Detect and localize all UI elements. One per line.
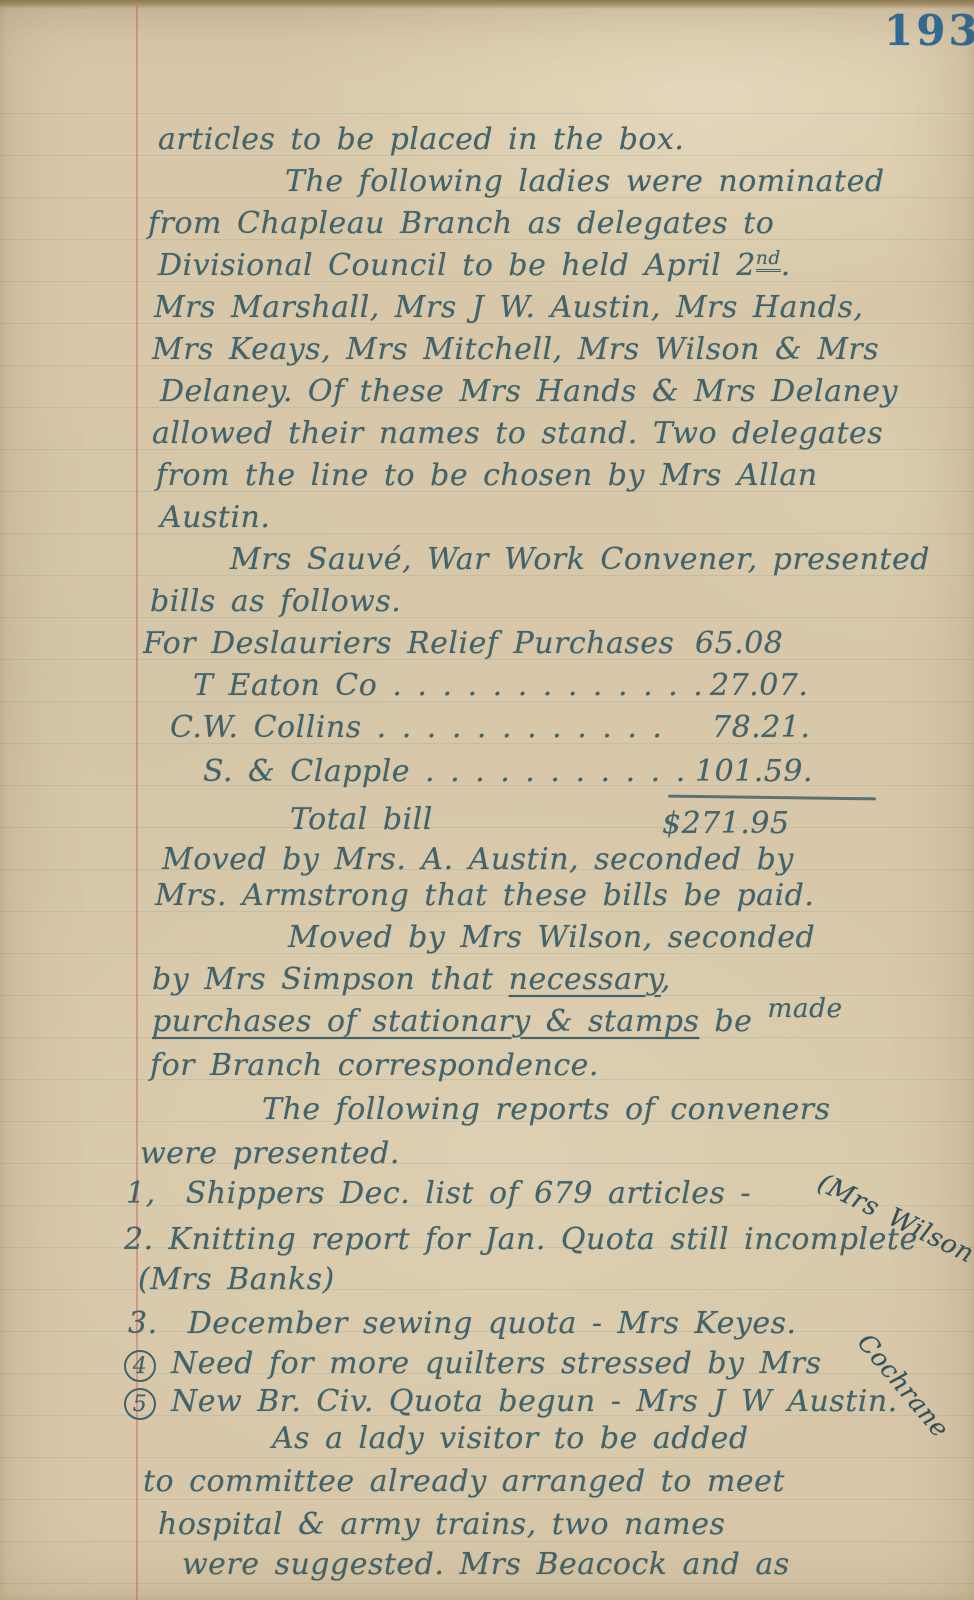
text-segment: . [781,248,791,283]
line-committee: to committee already arranged to meet [143,1464,785,1499]
text-segment: The following ladies were nominated [285,164,885,199]
text-segment: necessary [509,962,661,997]
line-simpson: by Mrs Simpson that necessary, [152,962,671,997]
text-segment: For Deslauriers Relief Purchases [143,626,674,661]
text-segment: purchases of stationary & stamps [152,1004,699,1039]
line-from-chapleau: from Chapleau Branch as delegates to [148,206,774,241]
line-were-presented: were presented. [140,1136,400,1171]
bill-total-label: Total bill [290,802,433,837]
bill-eaton-label: T Eaton Co . . . . . . . . . . . . . [193,668,703,703]
ledger-page: 193 articles to be placed in the box.The… [0,0,974,1600]
text-segment: Divisional Council to be held April 2 [158,248,756,283]
page-number: 193 [884,6,974,55]
text-segment: bills as follows. [150,584,401,619]
circled-item-number: 4 [124,1350,156,1382]
text-segment: allowed their names to stand. Two delega… [152,416,883,451]
line-articles: articles to be placed in the box. [158,122,684,157]
text-segment: 2. Knitting report for Jan. Quota still … [124,1222,918,1257]
text-segment: Mrs. Armstrong that these bills be paid. [155,878,814,913]
line-names-3: Delaney. Of these Mrs Hands & Mrs Delane… [160,374,898,409]
text-segment: The following reports of conveners [262,1092,830,1127]
text-segment: to committee already arranged to meet [143,1464,785,1499]
page-top-edge [0,0,974,9]
item-3-sewing: 3. December sewing quota - Mrs Keyes. [128,1306,797,1341]
text-segment: Total bill [290,802,433,837]
line-allowed: allowed their names to stand. Two delega… [152,416,883,451]
line-suggested: were suggested. Mrs Beacock and as [182,1547,790,1582]
text-segment: S. & Clapple . . . . . . . . . . . [203,754,686,789]
text-segment: hospital & army trains, two names [158,1507,725,1542]
bill-eaton-amount: 27.07. [710,668,808,703]
bill-collins-label: C.W. Collins . . . . . . . . . . . . [170,710,662,745]
item-4-quilters: 4 Need for more quilters stressed by Mrs [124,1346,822,1382]
text-segment: made [767,993,842,1024]
text-segment: 101.59. [695,754,813,789]
text-segment: T Eaton Co . . . . . . . . . . . . . [193,668,703,703]
line-following-ladies: The following ladies were nominated [285,164,885,199]
item-5-br-civ-quota: 5 New Br. Civ. Quota begun - Mrs J W Aus… [124,1384,898,1420]
text-segment: 27.07. [710,668,808,703]
line-lady-visitor: As a lady visitor to be added [272,1421,749,1456]
text-segment: be [699,1004,767,1039]
line-austin: Austin. [160,500,270,535]
bill-clapple-amount: 101.59. [695,754,813,789]
text-segment: 65.08 [695,626,783,661]
line-sauve: Mrs Sauvé, War Work Convener, presented [230,542,930,577]
item-2-knitting: 2. Knitting report for Jan. Quota still … [124,1222,918,1257]
text-segment: As a lady visitor to be added [272,1421,749,1456]
text-segment: (Mrs Banks) [138,1262,335,1297]
bill-clapple-label: S. & Clapple . . . . . . . . . . . [203,754,686,789]
line-reports: The following reports of conveners [262,1092,830,1127]
text-segment: C.W. Collins . . . . . . . . . . . . [170,710,662,745]
text-segment: for Branch correspondence. [150,1048,599,1083]
text-segment: were suggested. Mrs Beacock and as [182,1547,790,1582]
bill-collins-amount: 78.21. [712,710,810,745]
text-segment: by Mrs Simpson that [152,962,509,997]
bill-total-amount: $271.95 [662,806,790,841]
line-bills-follows: bills as follows. [150,584,401,619]
text-segment: Mrs Marshall, Mrs J W. Austin, Mrs Hands… [154,290,863,325]
text-segment: articles to be placed in the box. [158,122,684,157]
bill-deslauriers-amount: 65.08 [695,626,783,661]
line-from-the-line: from the line to be chosen by Mrs Allan [156,458,818,493]
text-segment: 1, Shippers Dec. list of 679 articles - [126,1176,751,1211]
text-segment: Mrs Keays, Mrs Mitchell, Mrs Wilson & Mr… [152,332,879,367]
text-segment: Austin. [160,500,270,535]
line-mrs-banks: (Mrs Banks) [138,1262,335,1297]
line-hospital-trains: hospital & army trains, two names [158,1507,725,1542]
line-divisional: Divisional Council to be held April 2nd. [158,248,791,283]
text-segment: Need for more quilters stressed by Mrs [156,1346,822,1381]
line-armstrong: Mrs. Armstrong that these bills be paid. [155,878,814,913]
text-segment: Moved by Mrs Wilson, seconded [288,920,815,955]
text-segment: 3. December sewing quota - Mrs Keyes. [128,1306,797,1341]
line-branch-corr: for Branch correspondence. [150,1048,599,1083]
text-segment: , [661,962,671,997]
text-segment: Mrs Sauvé, War Work Convener, presented [230,542,930,577]
line-names-1: Mrs Marshall, Mrs J W. Austin, Mrs Hands… [154,290,863,325]
bill-deslauriers-label: For Deslauriers Relief Purchases [143,626,674,661]
text-segment: from the line to be chosen by Mrs Allan [156,458,818,493]
item-1-shippers: 1, Shippers Dec. list of 679 articles - [126,1176,751,1211]
line-moved-austin: Moved by Mrs. A. Austin, seconded by [162,842,794,877]
text-segment: were presented. [140,1136,400,1171]
line-names-2: Mrs Keays, Mrs Mitchell, Mrs Wilson & Mr… [152,332,879,367]
text-segment: from Chapleau Branch as delegates to [148,206,774,241]
circled-item-number: 5 [124,1388,156,1420]
text-segment: $271.95 [662,806,790,841]
text-segment: nd [756,248,781,272]
text-segment: Moved by Mrs. A. Austin, seconded by [162,842,794,877]
line-moved-wilson: Moved by Mrs Wilson, seconded [288,920,815,955]
text-segment: Delaney. Of these Mrs Hands & Mrs Delane… [160,374,898,409]
line-purchases: purchases of stationary & stamps be made [152,1004,843,1039]
sum-underline [668,795,876,801]
text-segment: New Br. Civ. Quota begun - Mrs J W Austi… [156,1384,898,1419]
text-segment: 78.21. [712,710,810,745]
